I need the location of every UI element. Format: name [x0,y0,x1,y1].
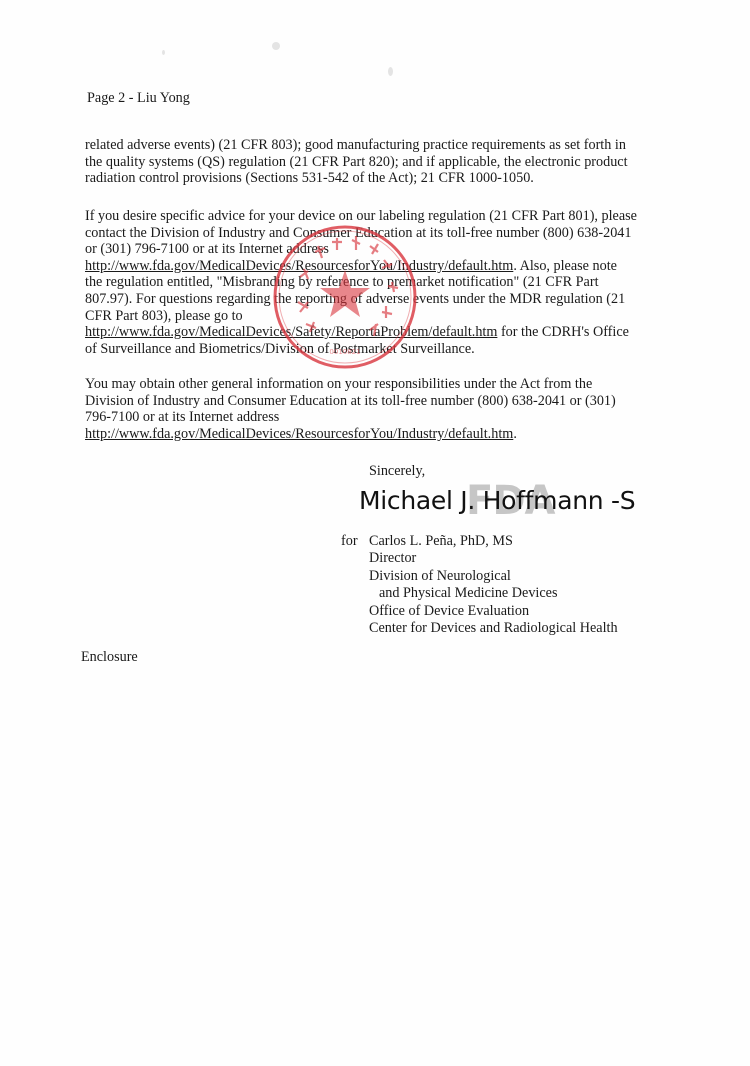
paragraph-line: or (301) 796-7100 or at its Internet add… [85,241,675,258]
line-tail-text: . Also, please note [513,258,617,274]
page-header: Page 2 - Liu Yong [87,90,190,107]
scan-speck [388,67,393,76]
line-tail-text: . [513,426,517,442]
paragraph-line: of Surveillance and Biometrics/Division … [85,341,675,358]
paragraph-line: CFR Part 803), please go to [85,308,675,325]
paragraph-line: Division of Industry and Consumer Educat… [85,393,675,410]
paragraph-line: contact the Division of Industry and Con… [85,225,675,242]
paragraph-line: 807.97). For questions regarding the rep… [85,291,675,308]
paragraph-line: http://www.fda.gov/MedicalDevices/Resour… [85,258,675,275]
report-problem-link[interactable]: http://www.fda.gov/MedicalDevices/Safety… [85,324,497,340]
signatory-name: Carlos L. Peña, PhD, MS [369,533,618,550]
signatory-title: Director [369,550,618,567]
paragraph-general-info: You may obtain other general information… [85,376,675,442]
paragraph-line: the regulation entitled, "Misbranding by… [85,274,675,291]
signatory-center: Center for Devices and Radiological Heal… [369,620,618,637]
paragraph-line: If you desire specific advice for your d… [85,208,675,225]
line-tail-text: for the CDRH's Office [497,324,629,340]
signatory-division-cont: and Physical Medicine Devices [369,585,618,602]
paragraph-line: http://www.fda.gov/MedicalDevices/Resour… [85,426,675,443]
signatory-division: Division of Neurological [369,568,618,585]
paragraph-line: 796-7100 or at its Internet address [85,409,675,426]
industry-resources-link[interactable]: http://www.fda.gov/MedicalDevices/Resour… [85,258,513,274]
document-page: Page 2 - Liu Yong related adverse events… [0,0,750,1066]
paragraph-line: the quality systems (QS) regulation (21 … [85,154,675,171]
closing-salutation: Sincerely, [369,463,425,480]
scan-speck [162,50,165,55]
paragraph-line: You may obtain other general information… [85,376,675,393]
enclosure-label: Enclosure [81,649,138,666]
signatory-office: Office of Device Evaluation [369,603,618,620]
paragraph-line: radiation control provisions (Sections 5… [85,170,675,187]
paragraph-line: related adverse events) (21 CFR 803); go… [85,137,675,154]
industry-resources-link[interactable]: http://www.fda.gov/MedicalDevices/Resour… [85,426,513,442]
for-label: for [341,533,358,550]
scan-speck [272,42,280,50]
signatory-block: Carlos L. Peña, PhD, MS Director Divisio… [369,533,618,637]
paragraph-regulations: related adverse events) (21 CFR 803); go… [85,137,675,187]
paragraph-line: http://www.fda.gov/MedicalDevices/Safety… [85,324,675,341]
digital-signature: Michael J. Hoffmann -S [359,486,635,515]
paragraph-labeling-advice: If you desire specific advice for your d… [85,208,675,357]
